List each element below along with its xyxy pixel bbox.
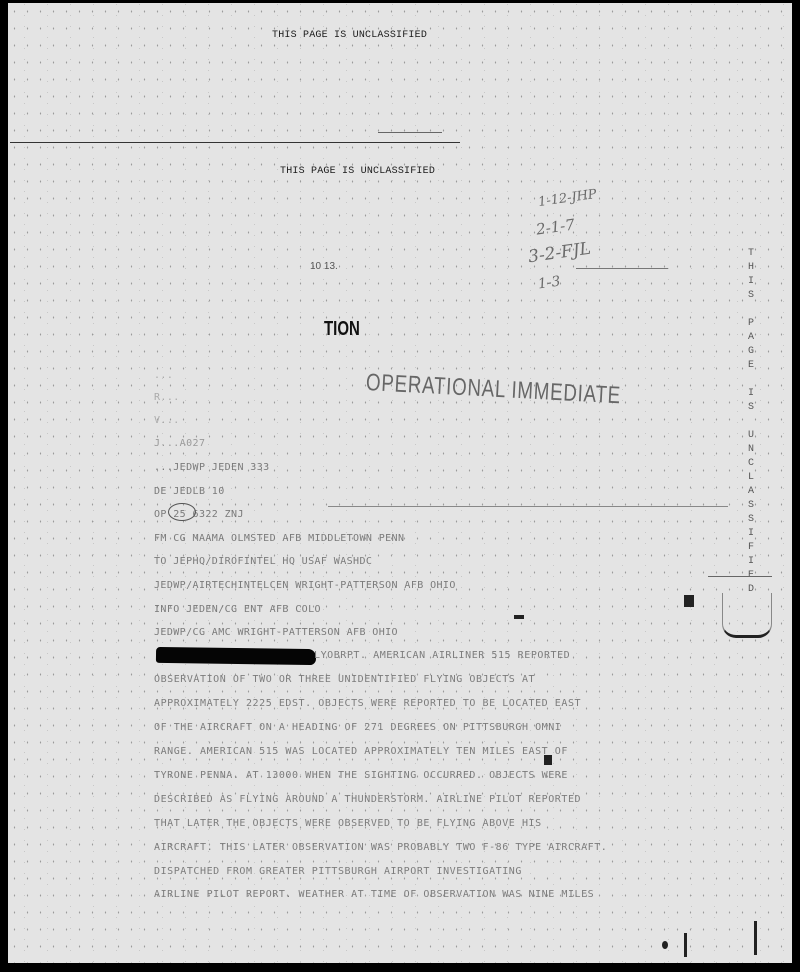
- routing-line: INFO JEDEN/CG ENT AFB COLO: [154, 604, 321, 615]
- message-line: AIRCRAFT. THIS LATER OBSERVATION WAS PRO…: [154, 842, 607, 853]
- classification-header-second: THIS PAGE IS UNCLASSIFIED: [280, 166, 435, 177]
- precedence-stamp: OPERATIONAL IMMEDIATE: [365, 369, 621, 410]
- message-line: DISPATCHED FROM GREATER PITTSBURGH AIRPO…: [154, 866, 522, 877]
- message-line: RANGE. AMERICAN 515 WAS LOCATED APPROXIM…: [154, 746, 568, 757]
- routing-line: R...: [154, 392, 180, 403]
- handwritten-note: 3-2-FJL: [527, 239, 592, 268]
- message-line: LYOBRPT. AMERICAN AIRLINER 515 REPORTED: [314, 650, 570, 661]
- handwritten-note: 1-3: [537, 274, 562, 293]
- document-page: THIS PAGE IS UNCLASSIFIED THIS PAGE IS U…: [8, 3, 794, 963]
- ink-speck: [544, 755, 552, 765]
- message-line: OBSERVATION OF TWO OR THREE UNIDENTIFIED…: [154, 674, 535, 685]
- message-line: TYRONE PENNA. AT 13000 WHEN THE SIGHTING…: [154, 770, 568, 781]
- redaction-bar: [156, 647, 316, 665]
- action-stamp: TION: [324, 318, 360, 341]
- stamp-underline: [708, 576, 772, 577]
- date-stamp: 10 13.: [310, 261, 338, 272]
- classification-header-top: THIS PAGE IS UNCLASSIFIED: [272, 30, 427, 41]
- circled-date-mark: [168, 503, 196, 521]
- routing-line: J...A027: [154, 438, 205, 449]
- routing-line: V...: [154, 415, 180, 426]
- routing-line: ...JEDWP JEDEN 333: [154, 462, 270, 473]
- ink-speck: [754, 921, 757, 955]
- ink-speck: [684, 595, 694, 607]
- ink-speck: [662, 941, 668, 949]
- bracket-mark: [722, 593, 772, 638]
- message-line: AIRLINE PILOT REPORT. WEATHER AT TIME OF…: [154, 889, 594, 900]
- side-classification-stamp: T H I S P A G E I S U N C L A S S I F I …: [744, 247, 758, 597]
- routing-line: ...: [154, 370, 173, 381]
- ink-speck: [684, 933, 687, 957]
- scan-border: [792, 0, 800, 972]
- routing-line: DE JEDLB 10: [154, 486, 225, 497]
- ink-speck: [514, 615, 524, 619]
- routing-line: JEDWP/CG AMC WRIGHT-PATTERSON AFB OHIO: [154, 627, 398, 638]
- handwritten-underline: [576, 268, 668, 269]
- page-divider: [10, 142, 460, 143]
- scan-mark: [378, 132, 442, 133]
- routing-line: FM CG MAAMA OLMSTED AFB MIDDLETOWN PENN: [154, 533, 404, 544]
- routing-line: JEDWP/AIRTECHINTELCEN WRIGHT-PATTERSON A…: [154, 580, 456, 591]
- message-line: OF THE AIRCRAFT ON A HEADING OF 271 DEGR…: [154, 722, 561, 733]
- message-line: APPROXIMATELY 2225 EDST. OBJECTS WERE RE…: [154, 698, 581, 709]
- message-line: THAT LATER THE OBJECTS WERE OBSERVED TO …: [154, 818, 542, 829]
- routing-line: TO JEPHQ/DIROFINTEL HQ USAF WASHDC: [154, 556, 372, 567]
- handwritten-note: 2-1-7: [535, 215, 576, 238]
- scan-streak: [328, 506, 728, 507]
- handwritten-note: 1-12-JHP: [537, 187, 597, 210]
- message-line: DESCRIBED AS FLYING AROUND A THUNDERSTOR…: [154, 794, 581, 805]
